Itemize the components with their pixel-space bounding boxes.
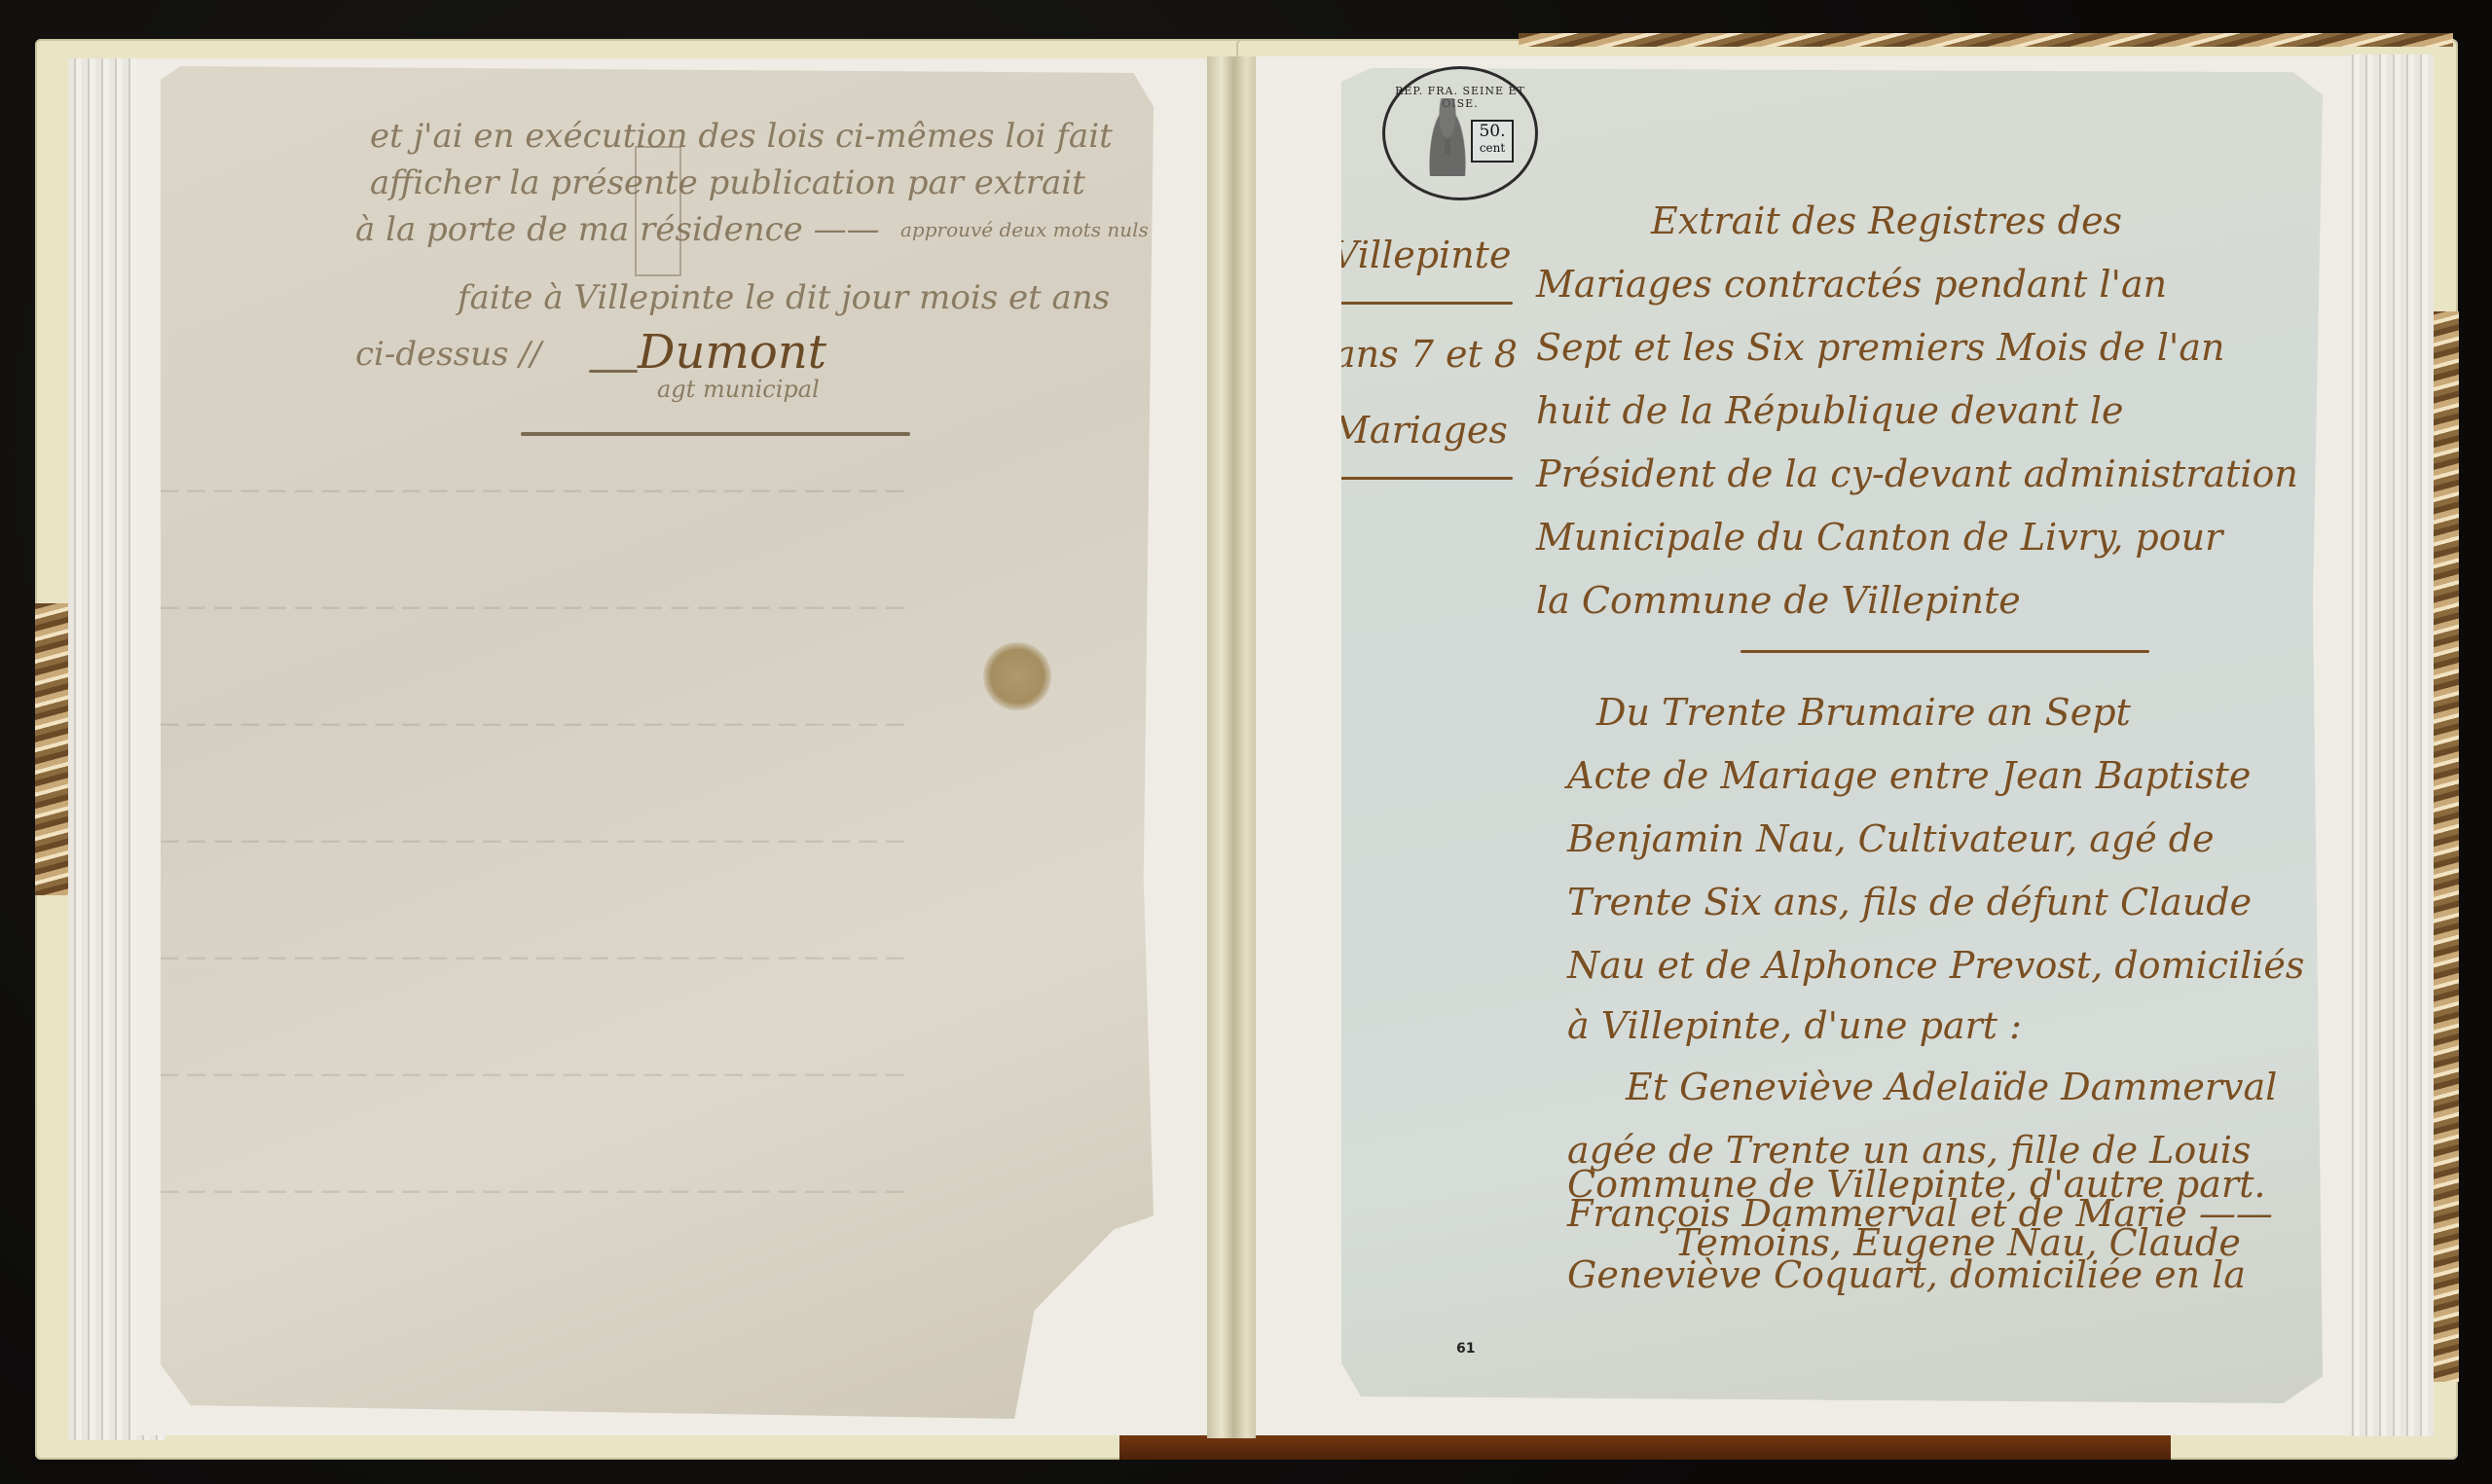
bleed-through-text: ─ ─ ─ ─ ─ ─ ─ ─ ─ ─ ─ ─ ─ ─ ─ ─ ─ ─ ─ ─ … [161, 708, 1154, 742]
page-number: 61 [1456, 1341, 1475, 1357]
marbled-endpaper-left [35, 603, 70, 895]
bleed-through-text: ─ ─ ─ ─ ─ ─ ─ ─ ─ ─ ─ ─ ─ ─ ─ ─ ─ ─ ─ ─ … [161, 1176, 1154, 1210]
tax-stamp: REP. FRA. SEINE ET OISE. 50. cent [1382, 66, 1538, 200]
page-stack-right [2346, 54, 2434, 1436]
left-text-line-3: à la porte de ma résidence —— [355, 210, 880, 249]
bleed-through-text: ─ ─ ─ ─ ─ ─ ─ ─ ─ ─ ─ ─ ─ ─ ─ ─ ─ ─ ─ ─ … [161, 475, 1154, 509]
bleed-through-text: ─ ─ ─ ─ ─ ─ ─ ─ ─ ─ ─ ─ ─ ─ ─ ─ ─ ─ ─ ─ … [161, 825, 1154, 859]
margin-swash [1338, 302, 1513, 305]
stamp-value: 50. [1473, 122, 1512, 141]
signature-paraph [521, 432, 910, 436]
book-gutter [1207, 56, 1256, 1438]
heading-line-5: Président de la cy-devant administration [1536, 452, 2298, 495]
heading-line-7: la Commune de Villepinte [1536, 579, 2021, 622]
ink-stain [983, 642, 1051, 710]
stamp-unit: cent [1473, 141, 1512, 155]
signature-title: agt municipal [657, 376, 820, 403]
signature: Dumont [638, 325, 826, 380]
heading-line-2: Mariages contractés pendant l'an [1536, 263, 2167, 306]
faint-seal-impression [635, 146, 681, 276]
signature-dash [589, 370, 638, 373]
bleed-through-text: ─ ─ ─ ─ ─ ─ ─ ─ ─ ─ ─ ─ ─ ─ ─ ─ ─ ─ ─ ─ … [161, 1059, 1154, 1093]
approval-note: approuvé deux mots nuls [900, 218, 1149, 241]
body-line-4: Trente Six ans, fils de défunt Claude [1567, 881, 2252, 923]
body-line-7: Et Geneviève Adelaïde Dammerval [1626, 1066, 2277, 1108]
body-line-11: Commune de Villepinte, d'autre part. [1567, 1163, 2265, 1206]
left-text-line-1: et j'ai en exécution des lois ci-mêmes l… [370, 117, 1113, 156]
body-line-3: Benjamin Nau, Cultivateur, agé de [1567, 817, 2215, 860]
closing-line: faite à Villepinte le dit jour mois et a… [458, 278, 1110, 317]
heading-line-6: Municipale du Canton de Livry, pour [1536, 516, 2222, 559]
bleed-through-text: ─ ─ ─ ─ ─ ─ ─ ─ ─ ─ ─ ─ ─ ─ ─ ─ ─ ─ ─ ─ … [161, 942, 1154, 976]
left-text-line-2: afficher la présente publication par ext… [370, 163, 1085, 202]
heading-line-1: Extrait des Registres des [1651, 199, 2122, 242]
bleed-through-text: ─ ─ ─ ─ ─ ─ ─ ─ ─ ─ ─ ─ ─ ─ ─ ─ ─ ─ ─ ─ … [161, 592, 1154, 626]
body-line-1: Du Trente Brumaire an Sept [1596, 691, 2131, 734]
closing-line-cont: ci-dessus // [355, 335, 541, 374]
heading-line-4: huit de la République devant le [1536, 389, 2124, 432]
heading-line-3: Sept et les Six premiers Mois de l'an [1536, 326, 2225, 369]
stamp-value-box: 50. cent [1471, 120, 1514, 163]
body-line-2: Acte de Mariage entre Jean Baptiste [1567, 754, 2251, 797]
body-line-5: Nau et de Alphonce Prevost, domiciliés [1567, 944, 2304, 987]
margin-note-place: Villepinte [1332, 234, 1511, 276]
seated-liberty-figure-icon [1426, 98, 1469, 176]
margin-swash [1338, 477, 1513, 480]
margin-note-years: ans 7 et 8 [1334, 333, 1518, 376]
section-divider [1741, 650, 2149, 653]
margin-note-type: Mariages [1332, 409, 1508, 452]
body-line-6: à Villepinte, d'une part : [1567, 1004, 2022, 1047]
body-line-12: Temoins, Eugene Nau, Claude [1674, 1221, 2241, 1264]
marbled-endpaper-top [1519, 33, 2453, 47]
